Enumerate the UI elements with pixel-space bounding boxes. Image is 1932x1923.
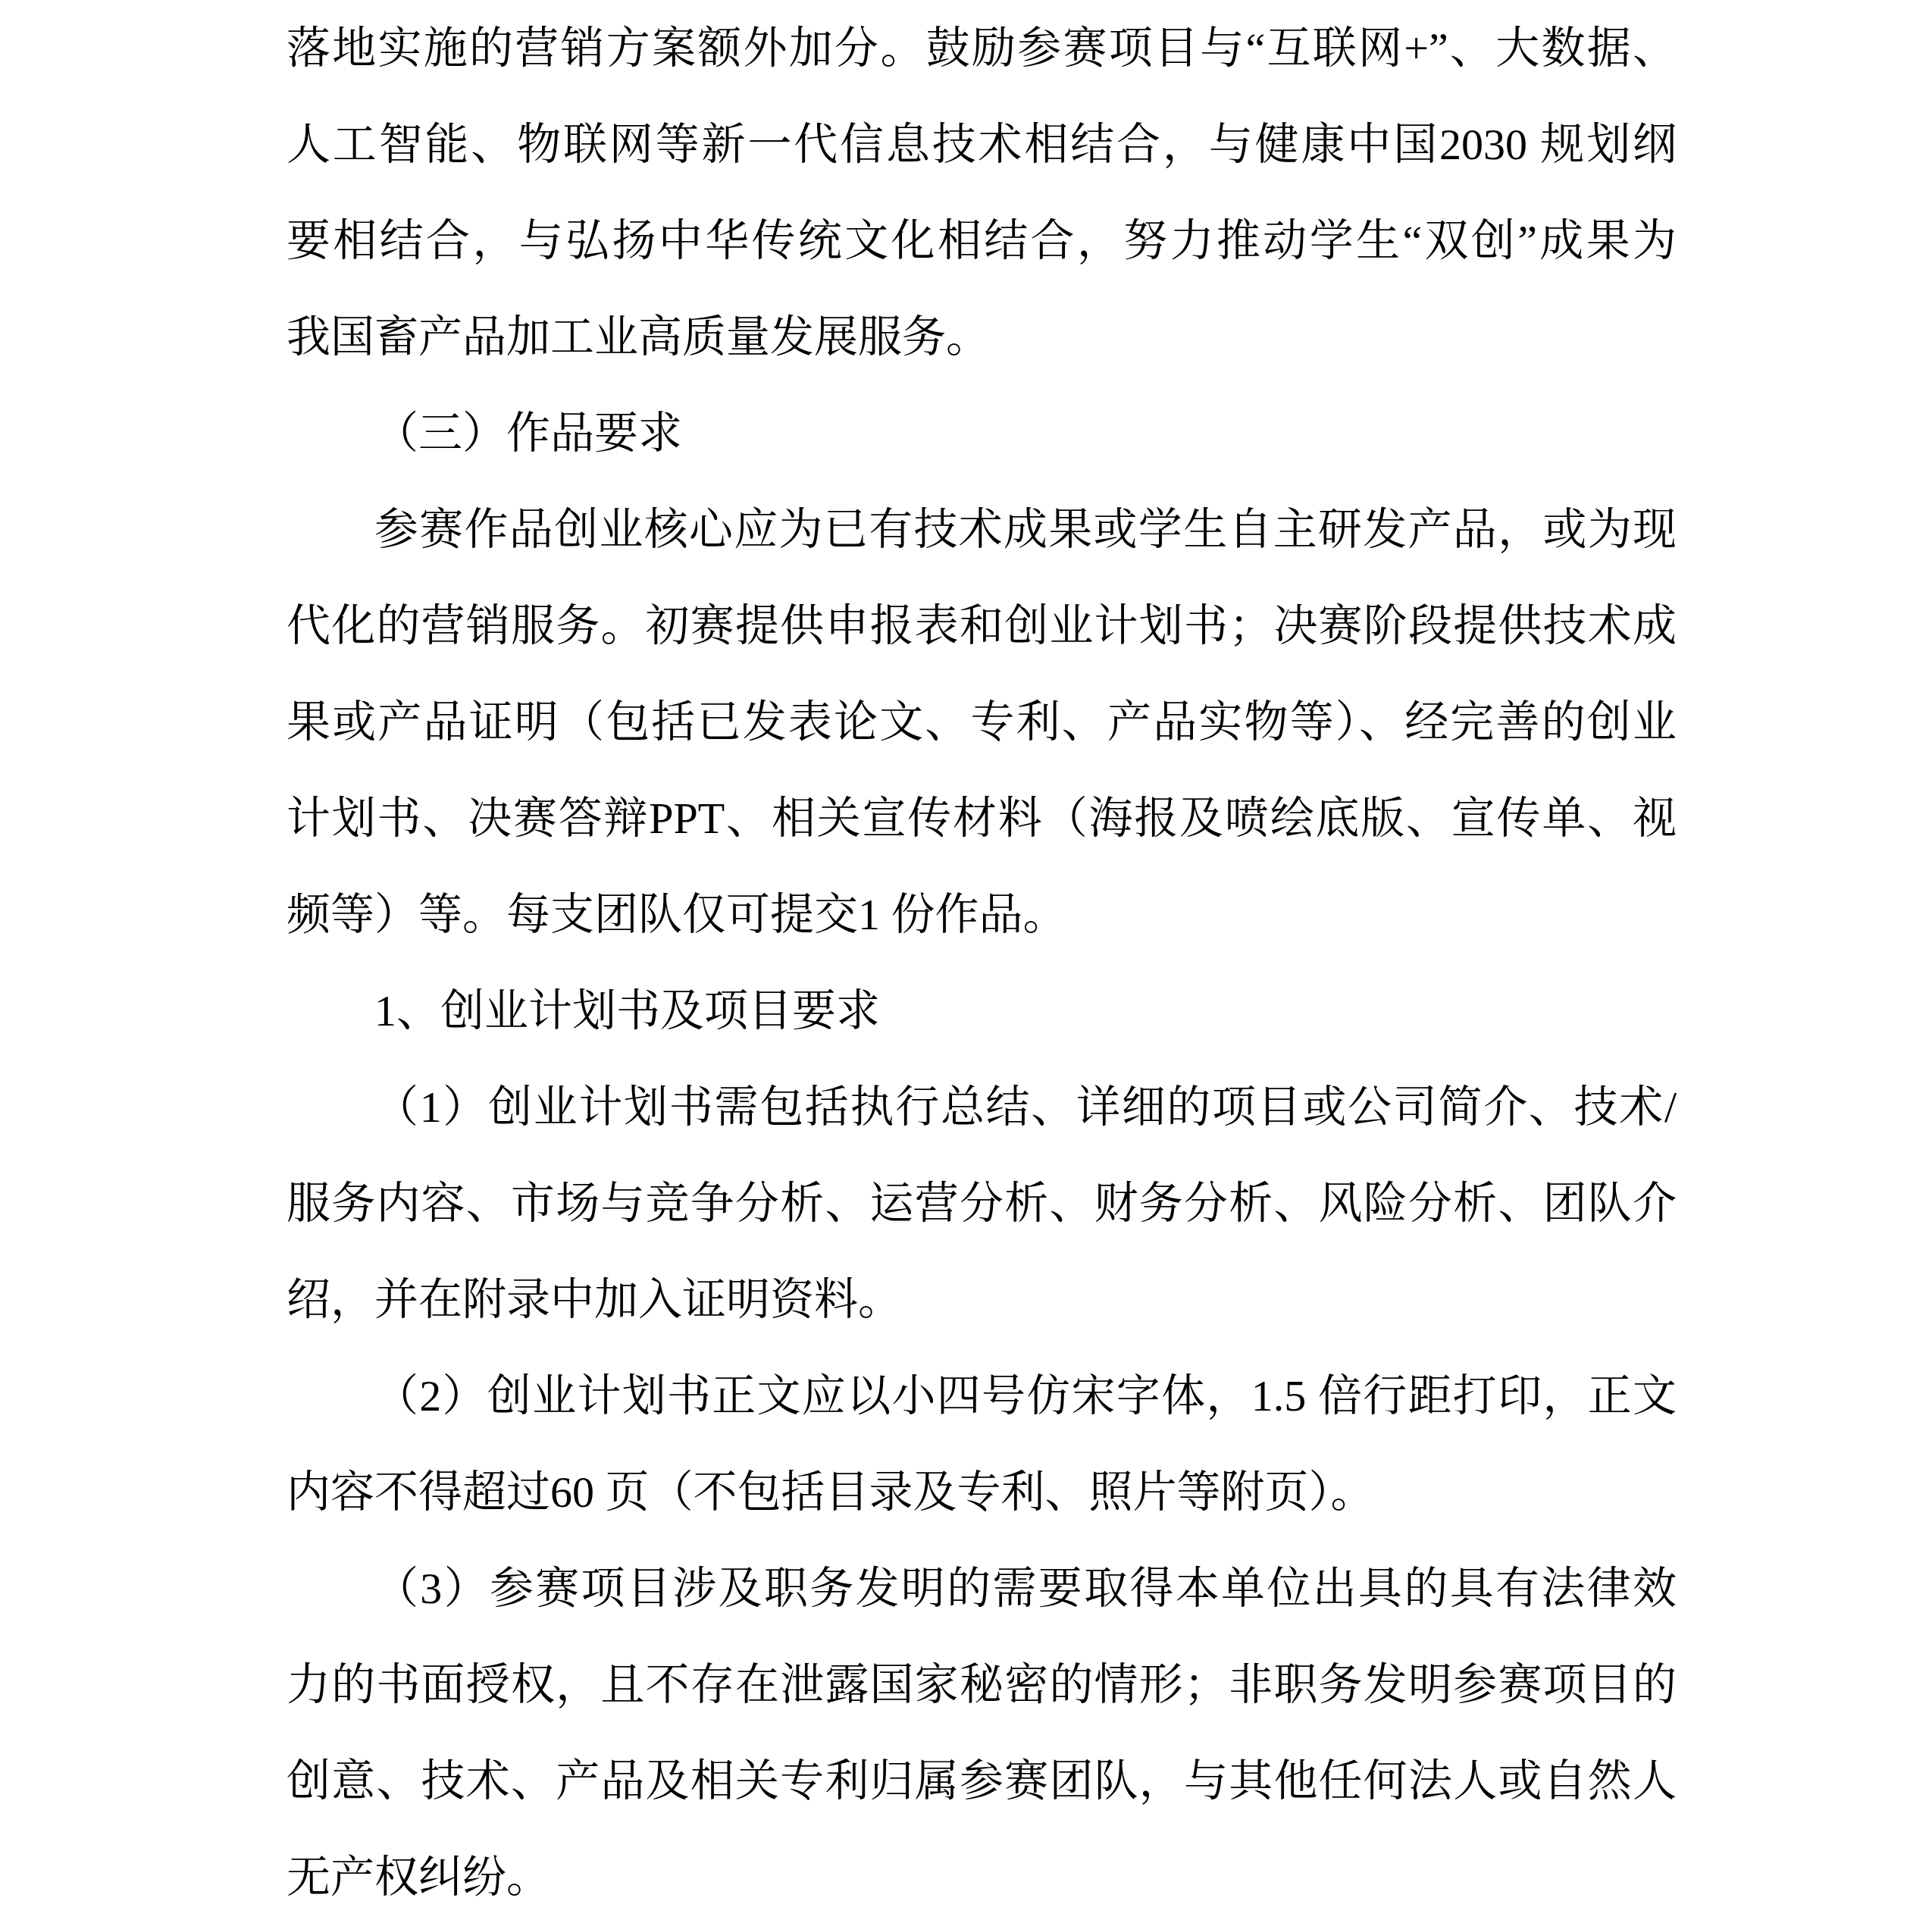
text-line: 服务内容、市场与竞争分析、运营分析、财务分析、风险分析、团队介 <box>287 1155 1677 1251</box>
text-line: 内容不得超过60 页（不包括目录及专利、照片等附页）。 <box>287 1444 1677 1540</box>
text-line: 代化的营销服务。初赛提供申报表和创业计划书；决赛阶段提供技术成 <box>287 578 1677 674</box>
paragraph-item-3-ip-and-authorization: （3）参赛项目涉及职务发明的需要取得本单位出具的具有法律效力的书面授权，且不存在… <box>287 1540 1677 1923</box>
document-page: 落地实施的营销方案额外加分。鼓励参赛项目与“互联网+”、大数据、人工智能、物联网… <box>0 0 1932 1923</box>
text-line: 频等）等。每支团队仅可提交1 份作品。 <box>287 866 1677 963</box>
text-line: 果或产品证明（包括已发表论文、专利、产品实物等）、经完善的创业 <box>287 674 1677 770</box>
text-line: （三）作品要求 <box>287 385 1677 481</box>
heading-business-plan-and-project-requirements: 1、创业计划书及项目要求 <box>287 963 1677 1059</box>
text-line: （1）创业计划书需包括执行总结、详细的项目或公司简介、技术/ <box>287 1059 1677 1155</box>
text-line: （3）参赛项目涉及职务发明的需要取得本单位出具的具有法律效 <box>287 1540 1677 1636</box>
text-line: 人工智能、物联网等新一代信息技术相结合，与健康中国2030 规划纲 <box>287 96 1677 193</box>
text-line: 参赛作品创业核心应为已有技术成果或学生自主研发产品，或为现 <box>287 481 1677 578</box>
text-line: 创意、技术、产品及相关专利归属参赛团队，与其他任何法人或自然人 <box>287 1733 1677 1829</box>
text-line: 1、创业计划书及项目要求 <box>287 963 1677 1059</box>
text-line: 无产权纠纷。 <box>287 1829 1677 1923</box>
paragraph-works-core-requirements: 参赛作品创业核心应为已有技术成果或学生自主研发产品，或为现代化的营销服务。初赛提… <box>287 481 1677 963</box>
text-line: 绍，并在附录中加入证明资料。 <box>287 1251 1677 1348</box>
text-line: 力的书面授权，且不存在泄露国家秘密的情形；非职务发明参赛项目的 <box>287 1636 1677 1733</box>
text-line: （2）创业计划书正文应以小四号仿宋字体，1.5 倍行距打印，正文 <box>287 1348 1677 1444</box>
text-line: 计划书、决赛答辩PPT、相关宣传材料（海报及喷绘底版、宣传单、视 <box>287 770 1677 866</box>
text-line: 我国畜产品加工业高质量发展服务。 <box>287 289 1677 385</box>
text-line: 落地实施的营销方案额外加分。鼓励参赛项目与“互联网+”、大数据、 <box>287 0 1677 96</box>
paragraph-item-2-formatting-requirements: （2）创业计划书正文应以小四号仿宋字体，1.5 倍行距打印，正文内容不得超过60… <box>287 1348 1677 1540</box>
heading-section-three-works-requirements: （三）作品要求 <box>287 385 1677 481</box>
text-line: 要相结合，与弘扬中华传统文化相结合，努力推动学生“双创”成果为 <box>287 193 1677 289</box>
paragraph-item-1-business-plan-contents: （1）创业计划书需包括执行总结、详细的项目或公司简介、技术/服务内容、市场与竞争… <box>287 1059 1677 1348</box>
paragraph-continued-from-previous-page: 落地实施的营销方案额外加分。鼓励参赛项目与“互联网+”、大数据、人工智能、物联网… <box>287 0 1677 385</box>
